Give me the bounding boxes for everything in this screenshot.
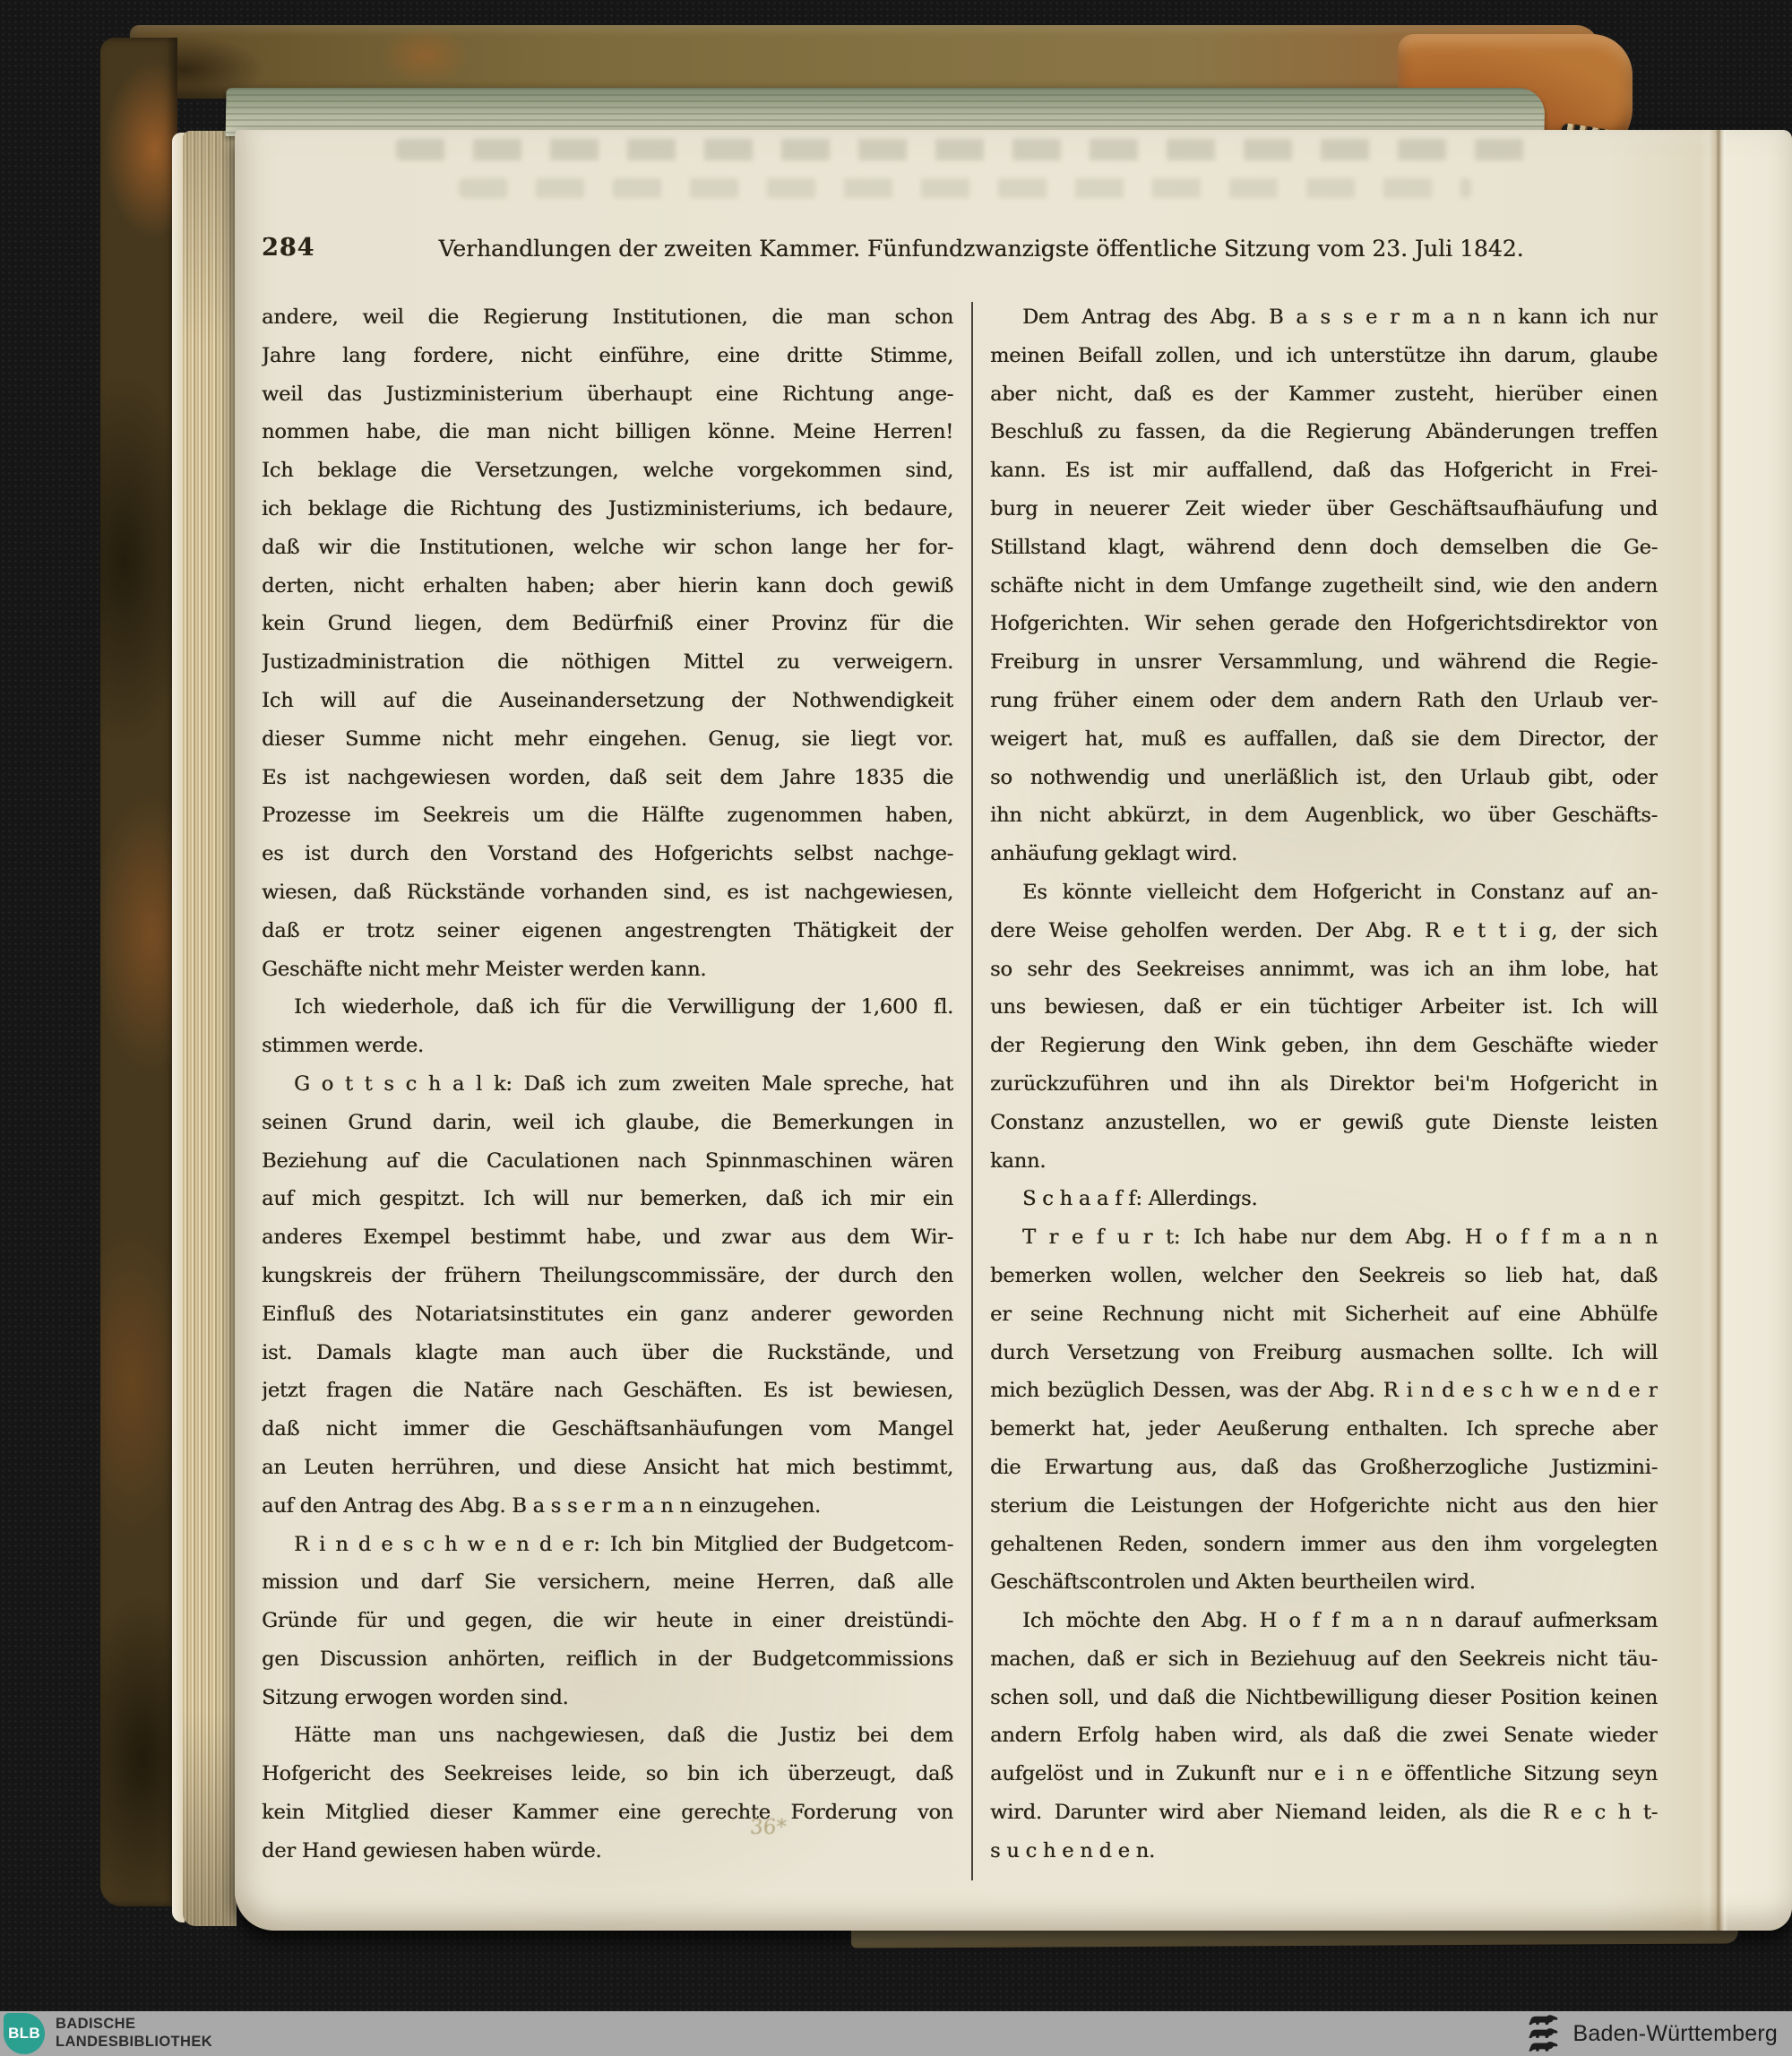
text-line: an Leuten herrühren, und diese Ansicht h…: [262, 1449, 953, 1487]
text-line: Ich will auf die Auseinandersetzung der …: [262, 682, 953, 720]
text-line: der Regierung den Wink geben, ihn dem Ge…: [990, 1027, 1658, 1065]
text-line: gehaltenen Reden, sondern immer aus den …: [990, 1526, 1658, 1564]
text-line: Es ist nachgewiesen worden, daß seit dem…: [262, 759, 953, 797]
text-line: Hofgericht des Seekreises leide, so bin …: [262, 1755, 953, 1794]
text-line: nommen habe, die man nicht billigen könn…: [262, 413, 953, 452]
text-line: wiesen, daß Rückstände vorhanden sind, e…: [262, 873, 953, 912]
blb-logo: BLB: [4, 2013, 45, 2054]
text-line: seinen Grund darin, weil ich glaube, die…: [262, 1104, 953, 1142]
text-line: Ich beklage die Versetzungen, welche vor…: [262, 452, 953, 490]
bleed-through-band: [459, 178, 1471, 198]
bleed-through-band: [396, 139, 1534, 160]
library-name-line1: BADISCHE: [56, 2016, 212, 2034]
text-line: jetzt fragen die Natäre nach Geschäften.…: [262, 1372, 953, 1410]
text-line: meinen Beifall zollen, und ich unterstüt…: [990, 337, 1658, 375]
page-gutter-fold: [1709, 130, 1728, 1931]
text-line: er seine Rechnung nicht mit Sicherheit a…: [990, 1295, 1658, 1334]
text-line: rung früher einem oder dem andern Rath d…: [990, 682, 1658, 720]
text-line: Hofgerichten. Wir sehen gerade den Hofge…: [990, 605, 1658, 643]
text-line: Gründe für und gegen, die wir heute in e…: [262, 1602, 953, 1640]
text-line: stimmen werde.: [262, 1027, 953, 1065]
text-line: mission und darf Sie versichern, meine H…: [262, 1563, 953, 1602]
book-top-page-edges: [226, 88, 1546, 136]
book-page: 284 Verhandlungen der zweiten Kammer. Fü…: [235, 130, 1792, 1931]
text-line: auf den Antrag des Abg. B a s s e r m a …: [262, 1487, 953, 1526]
text-line: weil das Justizministerium überhaupt ein…: [262, 375, 953, 414]
text-line: wird. Darunter wird aber Niemand leiden,…: [990, 1794, 1658, 1832]
text-line: schäfte nicht in dem Umfange zugetheilt …: [990, 567, 1658, 606]
text-line: aufgelöst und in Zukunft nur e i n e öff…: [990, 1755, 1658, 1794]
text-line: aber nicht, daß es der Kammer zusteht, h…: [990, 375, 1658, 414]
text-line: mich bezüglich Dessen, was der Abg. R i …: [990, 1372, 1658, 1410]
book-cover-left-marbled-edge: [100, 38, 177, 1906]
text-line: es ist durch den Vorstand des Hofgericht…: [262, 835, 953, 873]
signature-mark: 36*: [749, 1816, 788, 1839]
text-line: Hätte man uns nachgewiesen, daß die Just…: [262, 1716, 953, 1755]
text-line: kann.: [990, 1142, 1658, 1181]
text-line: Es könnte vielleicht dem Hofgericht in C…: [990, 873, 1658, 912]
running-title: Verhandlungen der zweiten Kammer. Fünfun…: [354, 236, 1608, 262]
text-line: andere, weil die Regierung Institutionen…: [262, 298, 953, 337]
text-line: Prozesse im Seekreis um die Hälfte zugen…: [262, 796, 953, 835]
library-name-line2: LANDESBIBLIOTHEK: [56, 2034, 212, 2052]
text-line: ist. Damals klagte man auch über die Ruc…: [262, 1334, 953, 1372]
text-line: daß er trotz seiner eigenen angestrengte…: [262, 912, 953, 951]
text-line: Dem Antrag des Abg. B a s s e r m a n n …: [990, 298, 1658, 337]
column-divider-rule: [971, 302, 973, 1880]
text-line: Jahre lang fordere, nicht einführe, eine…: [262, 337, 953, 375]
text-line: uns bewiesen, daß er ein tüchtiger Arbei…: [990, 988, 1658, 1027]
text-line: Ich möchte den Abg. H o f f m a n n dara…: [990, 1602, 1658, 1640]
text-line: weigert hat, muß es auffallen, daß sie d…: [990, 720, 1658, 759]
state-name: Baden-Württemberg: [1573, 2021, 1779, 2047]
text-line: sterium die Leistungen der Hofgerichte n…: [990, 1487, 1658, 1526]
text-line: bemerkt hat, jeder Aeußerung enthalten. …: [990, 1410, 1658, 1449]
text-line: machen, daß er sich in Beziehuug auf den…: [990, 1640, 1658, 1679]
viewer-canvas: 284 Verhandlungen der zweiten Kammer. Fü…: [0, 0, 1792, 2056]
text-line: kein Grund liegen, dem Bedürfniß einer P…: [262, 605, 953, 643]
page-number: 284: [262, 234, 314, 262]
baden-wuerttemberg-lions-icon: [1523, 2014, 1563, 2053]
text-line: schen soll, und daß die Nichtbewilligung…: [990, 1679, 1658, 1717]
text-line: R i n d e s c h w e n d e r: Ich bin Mit…: [262, 1526, 953, 1564]
text-line: zurückzuführen und ihn als Direktor bei'…: [990, 1065, 1658, 1104]
text-line: dieser Summe nicht mehr eingehen. Genug,…: [262, 720, 953, 759]
text-line: derten, nicht erhalten haben; aber hieri…: [262, 567, 953, 606]
text-line: Ich wiederhole, daß ich für die Verwilli…: [262, 988, 953, 1027]
text-line: s u c h e n d e n.: [990, 1832, 1658, 1871]
text-line: ihn nicht abkürzt, in dem Augenblick, wo…: [990, 796, 1658, 835]
library-name: BADISCHE LANDESBIBLIOTHEK: [56, 2016, 212, 2052]
text-line: daß nicht immer die Geschäftsanhäufungen…: [262, 1410, 953, 1449]
text-line: burg in neuerer Zeit wieder über Geschäf…: [990, 490, 1658, 529]
text-line: S c h a a f f: Allerdings.: [990, 1180, 1658, 1218]
text-line: Freiburg in unsrer Versammlung, und währ…: [990, 643, 1658, 682]
text-column-left: andere, weil die Regierung Institutionen…: [262, 298, 953, 1871]
text-line: ich beklage die Richtung des Justizminis…: [262, 490, 953, 529]
text-line: so nothwendig und unerläßlich ist, den U…: [990, 759, 1658, 797]
text-line: die Erwartung aus, daß das Großherzoglic…: [990, 1449, 1658, 1487]
text-line: Constanz anzustellen, wo er gewiß gute D…: [990, 1104, 1658, 1142]
text-line: Sitzung erwogen worden sind.: [262, 1679, 953, 1717]
text-line: Geschäfte nicht mehr Meister werden kann…: [262, 951, 953, 989]
text-line: gen Discussion anhörten, reiflich in der…: [262, 1640, 953, 1679]
text-line: Einfluß des Notariatsinstitutes ein ganz…: [262, 1295, 953, 1334]
text-line: Stillstand klagt, während denn doch dems…: [990, 529, 1658, 567]
text-line: Beziehung auf die Caculationen nach Spin…: [262, 1142, 953, 1181]
text-line: andern Erfolg haben wird, als daß die zw…: [990, 1716, 1658, 1755]
text-column-right: Dem Antrag des Abg. B a s s e r m a n n …: [990, 298, 1658, 1871]
text-line: G o t t s c h a l k: Daß ich zum zweiten…: [262, 1065, 953, 1104]
text-line: anhäufung geklagt wird.: [990, 835, 1658, 873]
viewer-footer-bar: BLB BADISCHE LANDESBIBLIOTHEK Baden-Würt…: [0, 2011, 1792, 2056]
text-line: dere Weise geholfen werden. Der Abg. R e…: [990, 912, 1658, 951]
text-line: daß wir die Institutionen, welche wir sc…: [262, 529, 953, 567]
text-line: Beschluß zu fassen, da die Regierung Abä…: [990, 413, 1658, 452]
text-line: kann. Es ist mir auffallend, daß das Hof…: [990, 452, 1658, 490]
text-line: T r e f u r t: Ich habe nur dem Abg. H o…: [990, 1218, 1658, 1257]
text-line: durch Versetzung von Freiburg ausmachen …: [990, 1334, 1658, 1372]
text-line: kein Mitglied dieser Kammer eine gerecht…: [262, 1794, 953, 1832]
text-line: anderes Exempel bestimmt habe, und zwar …: [262, 1218, 953, 1257]
book-page-stack-edges: [183, 131, 237, 1926]
baden-wuerttemberg-logo: Baden-Württemberg: [1523, 2014, 1779, 2053]
text-line: der Hand gewiesen haben würde.: [262, 1832, 953, 1871]
text-line: so sehr des Seekreises annimmt, was ich …: [990, 951, 1658, 989]
page-header: 284 Verhandlungen der zweiten Kammer. Fü…: [235, 234, 1792, 270]
text-line: bemerken wollen, welcher den Seekreis so…: [990, 1257, 1658, 1295]
text-line: kungskreis der frühern Theilungscommissä…: [262, 1257, 953, 1295]
blb-logo-text: BLB: [8, 2025, 40, 2043]
text-line: auf mich gespitzt. Ich will nur bemerken…: [262, 1180, 953, 1218]
text-line: Geschäftscontrolen und Akten beurtheilen…: [990, 1563, 1658, 1602]
text-line: Justizadministration die nöthigen Mittel…: [262, 643, 953, 682]
